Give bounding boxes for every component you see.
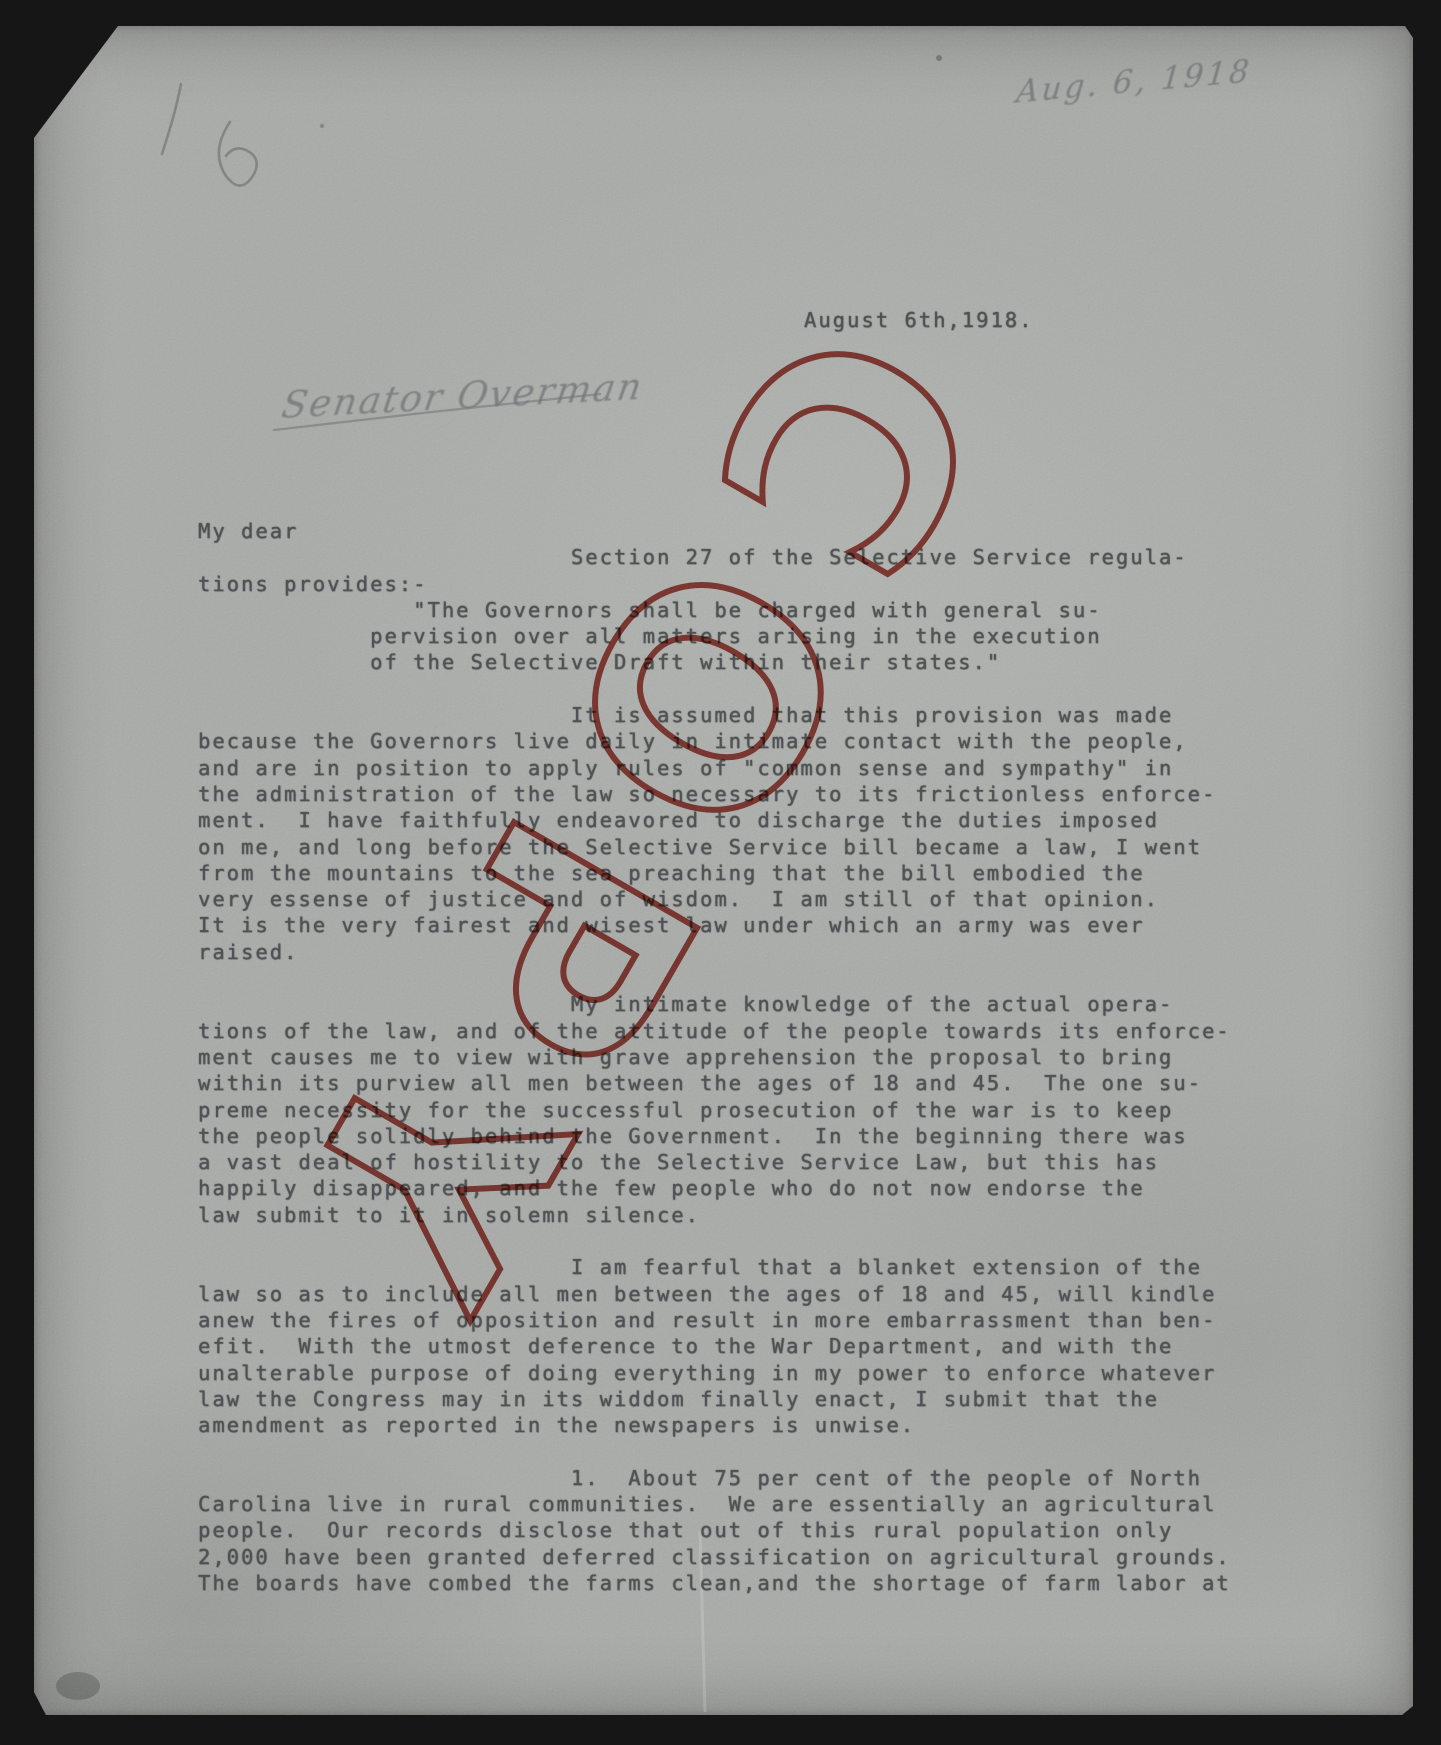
- pencil-date-annotation: Aug. 6, 1918: [1015, 53, 1254, 110]
- typed-letter-body: My dear Section 27 of the Selective Serv…: [198, 518, 1231, 1596]
- pencil-name-annotation: Senator Overman: [279, 364, 647, 426]
- scanned-letter: Aug. 6, 1918 August 6th,1918. Senator Ov…: [0, 0, 1441, 1745]
- letter-paper: Aug. 6, 1918 August 6th,1918. Senator Ov…: [34, 26, 1413, 1715]
- typed-date: August 6th,1918.: [804, 308, 1033, 332]
